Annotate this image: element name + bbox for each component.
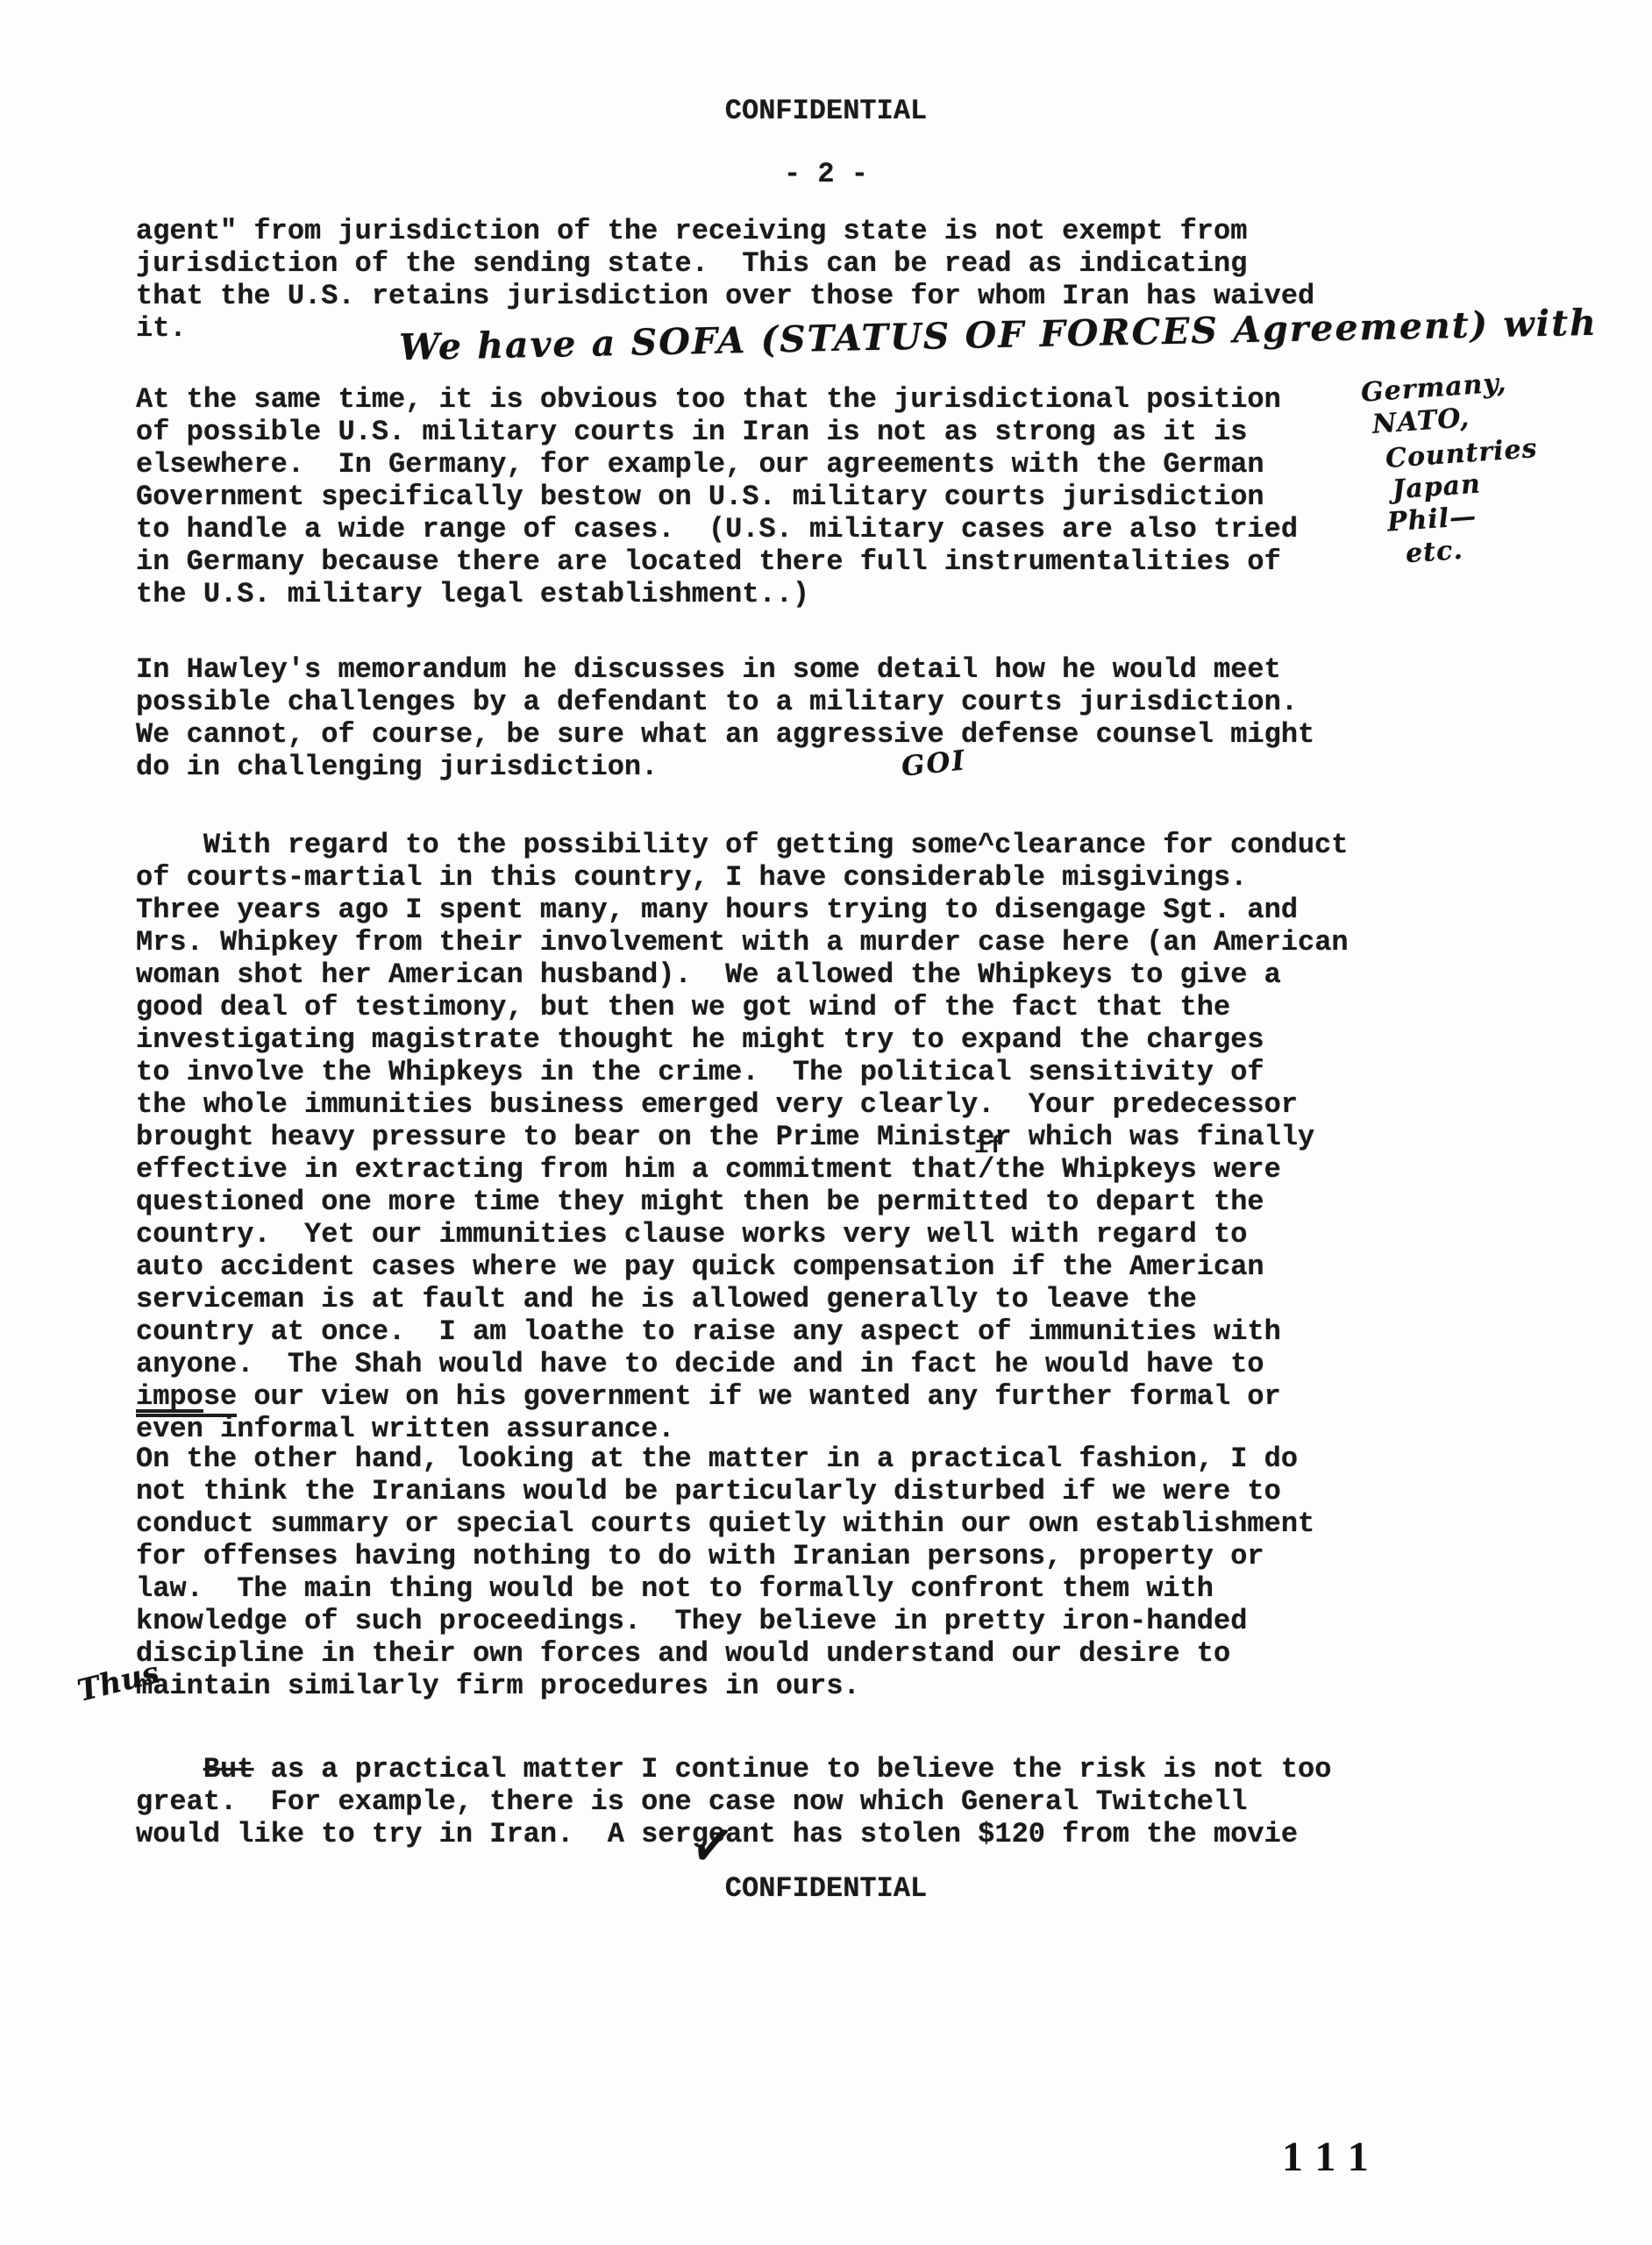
margin-note-japan: Japan <box>1392 469 1482 506</box>
paragraph-2: At the same time, it is obvious too that… <box>136 383 1451 610</box>
slash-insertion: /if <box>978 1153 994 1186</box>
footer-classification: CONFIDENTIAL <box>0 1872 1652 1905</box>
paragraph-4: With regard to the possibility of gettin… <box>136 796 1451 1478</box>
caret-insertion-mark: ^ <box>978 829 994 861</box>
overlined-word-even: even <box>136 1409 203 1445</box>
paragraph-5: On the other hand, looking at the matter… <box>136 1443 1451 1702</box>
margin-note-nato: NATO, <box>1371 403 1470 440</box>
scanned-memo-page: CONFIDENTIAL - 2 - agent" from jurisdict… <box>0 0 1652 2245</box>
paragraph-3: In Hawley's memorandum he discusses in s… <box>136 653 1451 783</box>
paragraph-4-text: With regard to the possibility of gettin… <box>203 829 978 861</box>
handwritten-goi-note: GOI <box>900 745 967 783</box>
footer-page-number: 111 <box>1282 2133 1383 2181</box>
header-classification: CONFIDENTIAL <box>0 95 1652 127</box>
paragraph-4-text: clearance for conduct of courts-martial … <box>136 829 1349 1186</box>
struck-word-but: But <box>203 1753 254 1785</box>
typed-if-insertion: if <box>974 1131 1004 1164</box>
margin-note-etc: etc. <box>1405 535 1464 569</box>
paragraph-4-text: informal written assurance. <box>203 1413 675 1445</box>
header-page-label: - 2 - <box>0 158 1652 190</box>
paragraph-6: But as a practical matter I continue to … <box>136 1721 1451 1883</box>
margin-note-germany: Germany, <box>1360 367 1508 409</box>
paragraph-4-text: our view on his government if we wanted … <box>237 1380 1281 1413</box>
paragraph-4-text: the Whipkeys were questioned one more ti… <box>136 1153 1281 1380</box>
margin-note-phil: Phil— <box>1386 501 1478 538</box>
